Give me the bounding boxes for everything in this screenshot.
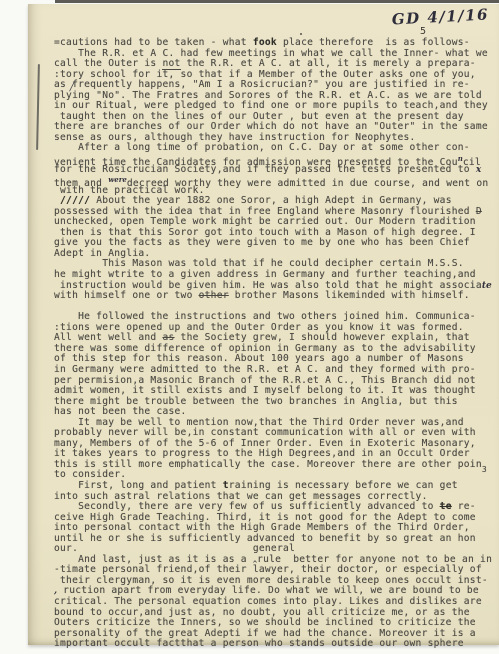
page-number: 5: [420, 26, 426, 37]
typed-line: with himself one or two other brother Ma…: [54, 291, 499, 302]
typed-line: important occult factthat a person who s…: [54, 639, 499, 650]
scanned-document-page: { "page": { "archive_ref": "GD 4/1/16", …: [0, 0, 499, 654]
ink-speck: [300, 33, 302, 35]
typed-text: =cautions had to be taken - what fook pl…: [54, 38, 499, 650]
typed-line: After a long time of probation, on C.C. …: [54, 143, 499, 154]
typed-line: for the Rosicrucian Society,and if they …: [54, 165, 499, 176]
scan-edge-artifact: [55, 0, 499, 3]
